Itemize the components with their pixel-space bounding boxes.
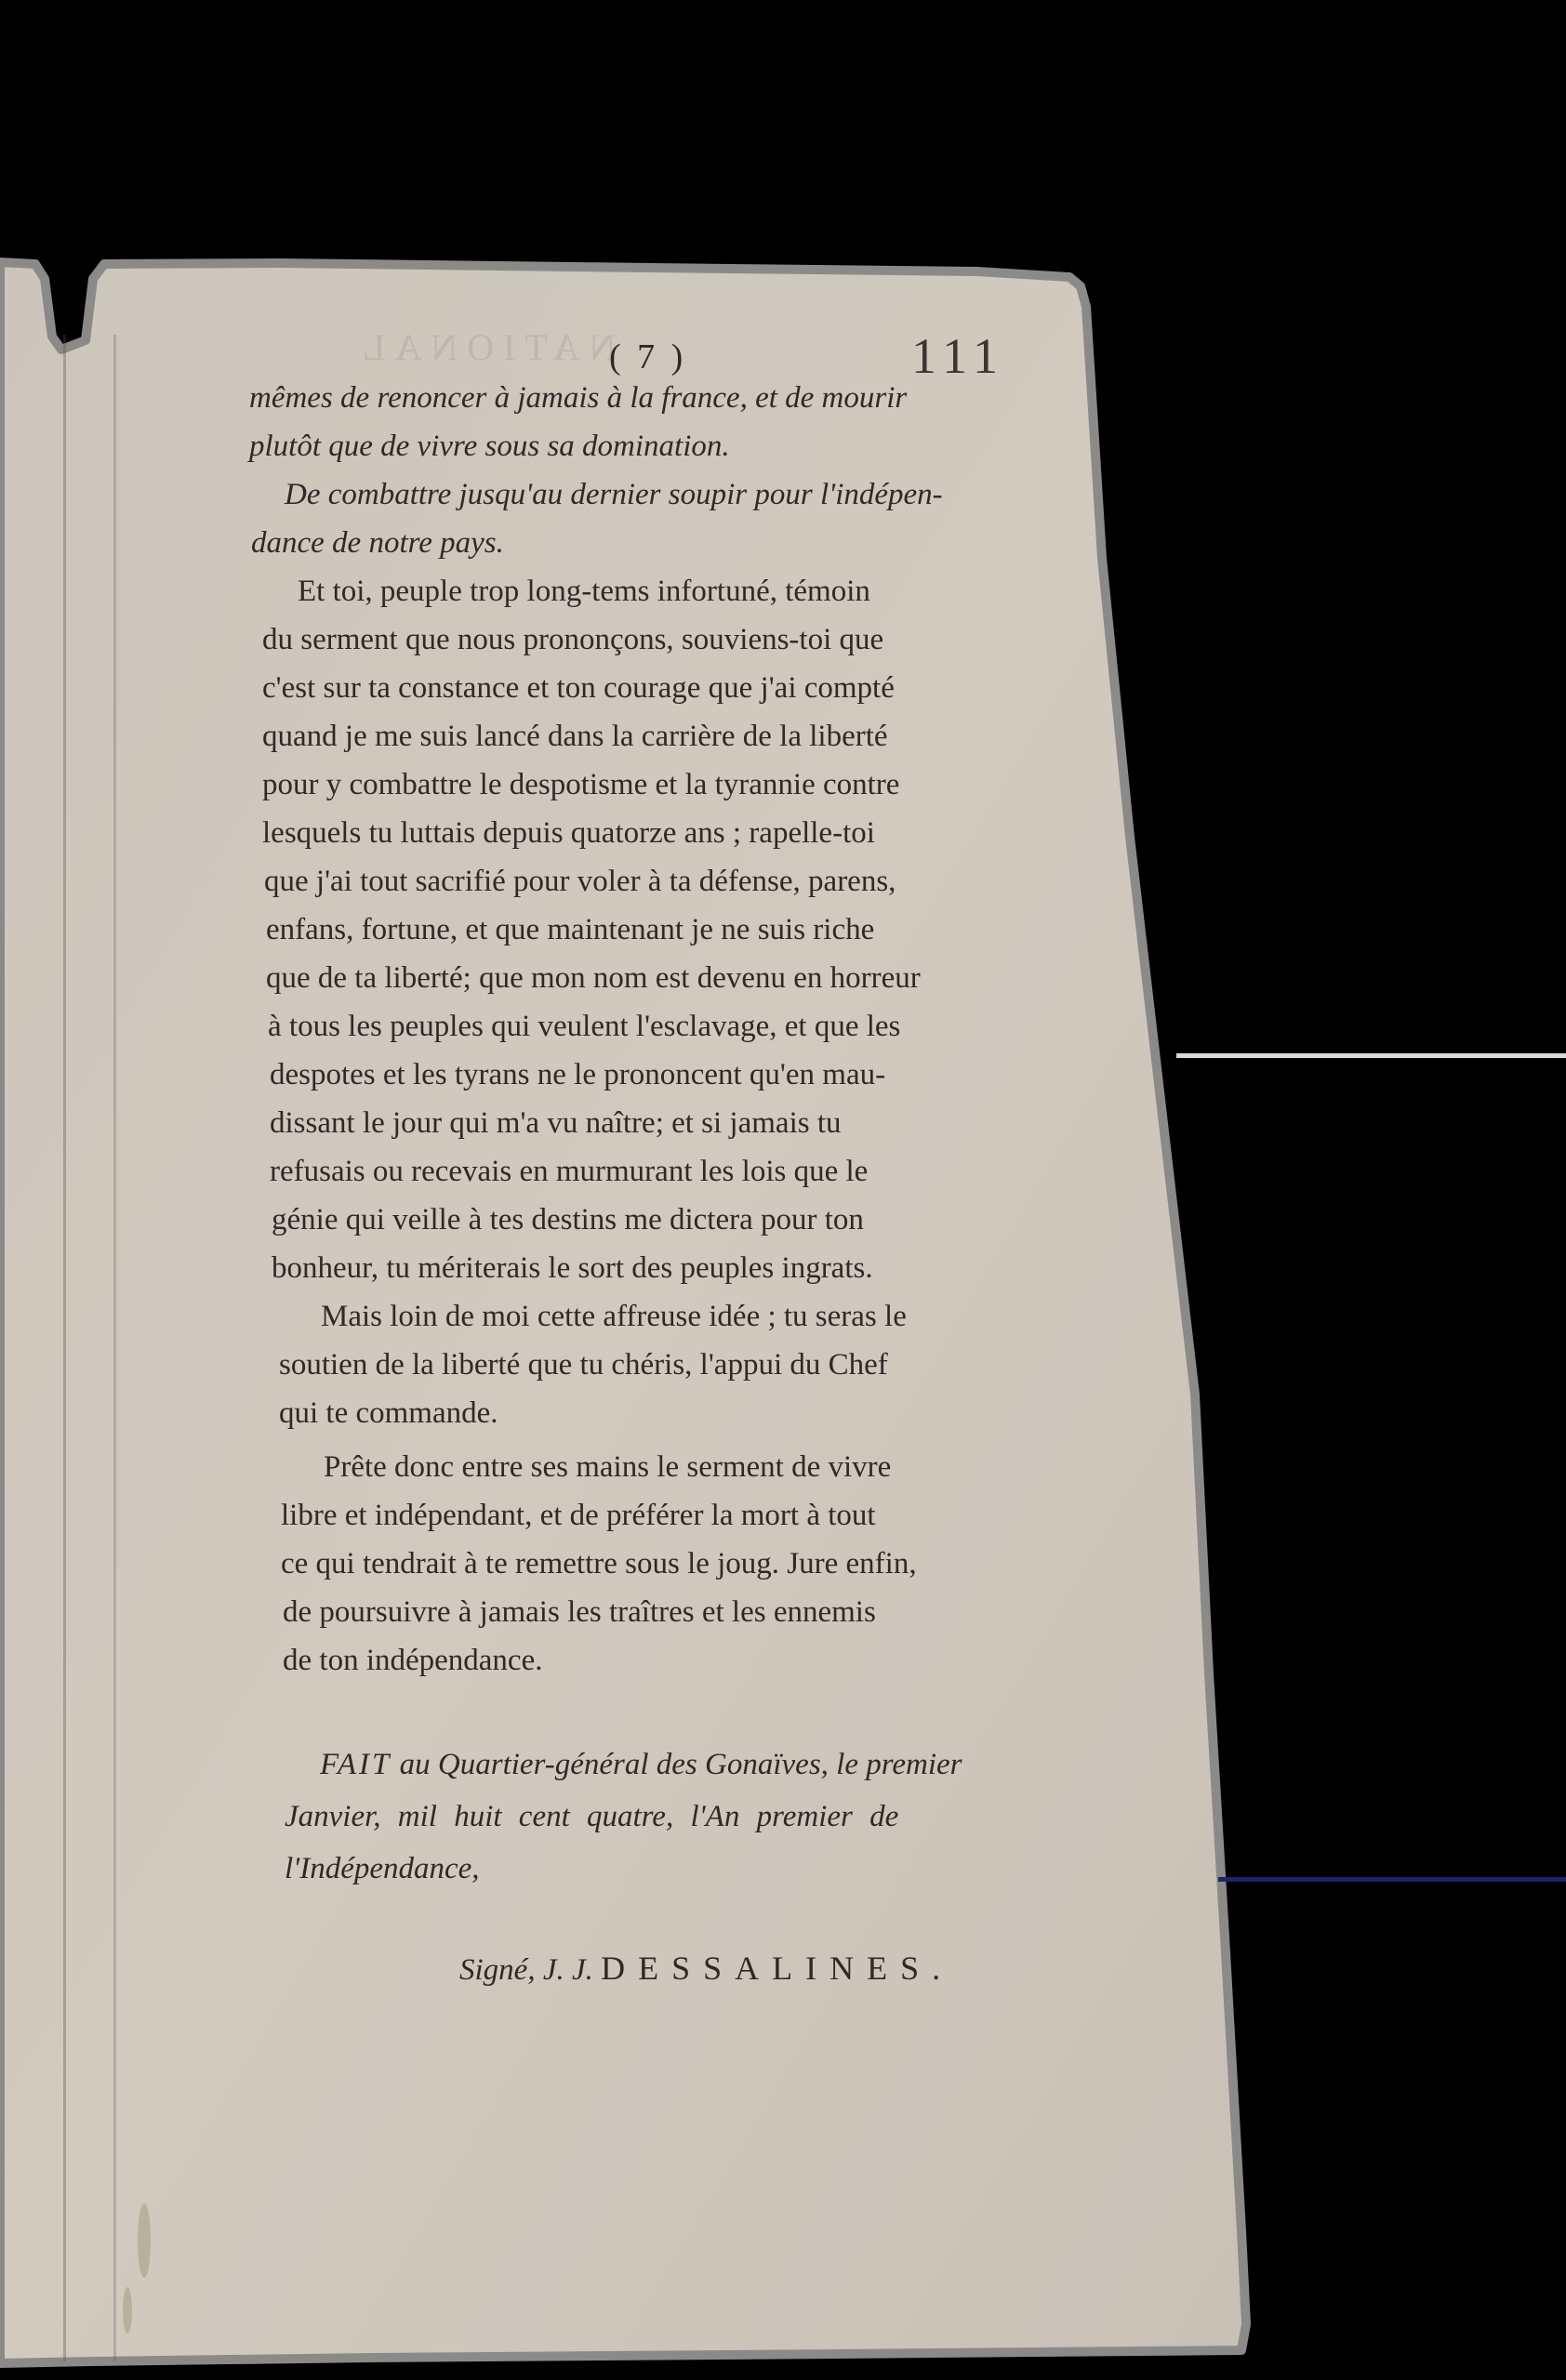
- document-photo: NATIONAL ( 7 ) 111 mêmes de renoncer à j…: [0, 0, 1566, 2380]
- background-rule-dark: [1218, 1877, 1566, 1882]
- handwritten-folio-mark: 111: [911, 327, 1005, 385]
- text-line: mêmes de renoncer à jamais à la france, …: [249, 381, 907, 416]
- paper-stain: [123, 2287, 132, 2334]
- text-line: dissant le jour qui m'a vu naître; et si…: [270, 1106, 842, 1141]
- text-line: qui te commande.: [279, 1396, 498, 1431]
- text-line: quand je me suis lancé dans la carrière …: [262, 720, 888, 754]
- paper-fold-line: [63, 335, 66, 2361]
- text-line: lesquels tu luttais depuis quatorze ans …: [262, 816, 875, 851]
- text-line: soutien de la liberté que tu chéris, l'a…: [279, 1348, 888, 1382]
- text-line: Mais loin de moi cette affreuse idée ; t…: [321, 1300, 907, 1334]
- closing-text: au Quartier-général des Gonaïves, le pre…: [391, 1748, 962, 1781]
- text-line: enfans, fortune, et que maintenant je ne…: [266, 913, 874, 947]
- signature-name: DESSALINES.: [601, 1950, 953, 1987]
- text-line: libre et indépendant, et de préférer la …: [281, 1499, 876, 1533]
- background-rule-light: [1176, 1053, 1566, 1058]
- text-line: ce qui tendrait à te remettre sous le jo…: [281, 1547, 917, 1581]
- paper-sheet: [0, 0, 1566, 2380]
- text-line: que j'ai tout sacrifié pour voler à ta d…: [264, 865, 896, 899]
- text-line: Prête donc entre ses mains le serment de…: [324, 1450, 891, 1485]
- text-line: plutôt que de vivre sous sa domination.: [249, 430, 730, 464]
- text-line: bonheur, tu mériterais le sort des peupl…: [272, 1251, 873, 1286]
- text-line: de ton indépendance.: [283, 1644, 542, 1678]
- text-line: De combattre jusqu'au dernier soupir pou…: [285, 478, 943, 512]
- text-line: de poursuivre à jamais les traîtres et l…: [283, 1595, 876, 1630]
- signature-prefix: Signé, J. J.: [459, 1953, 593, 1987]
- bleed-through-text: NATIONAL: [353, 325, 616, 369]
- paper-stain: [138, 2203, 151, 2278]
- closing-line: l'Indépendance,: [285, 1852, 480, 1886]
- text-line: que de ta liberté; que mon nom est deven…: [266, 961, 921, 996]
- closing-line: Janvier, mil huit cent quatre, l'An prem…: [285, 1800, 898, 1834]
- text-line: à tous les peuples qui veulent l'esclava…: [268, 1010, 900, 1044]
- signature: Signé, J. J. DESSALINES.: [459, 1949, 953, 1988]
- text-line: dance de notre pays.: [251, 526, 504, 561]
- page-number: ( 7 ): [609, 337, 686, 377]
- text-line: pour y combattre le despotisme et la tyr…: [262, 768, 899, 802]
- text-line: c'est sur ta constance et ton courage qu…: [262, 671, 895, 706]
- text-line: du serment que nous prononçons, souviens…: [262, 623, 883, 657]
- text-line: despotes et les tyrans ne le prononcent …: [270, 1058, 885, 1092]
- text-line: refusais ou recevais en murmurant les lo…: [270, 1155, 868, 1189]
- text-line: Et toi, peuple trop long-tems infortuné,…: [298, 575, 870, 609]
- closing-line: FAIT au Quartier-général des Gonaïves, l…: [320, 1748, 962, 1782]
- fait-label: FAIT: [320, 1748, 391, 1781]
- text-line: génie qui veille à tes destins me dicter…: [272, 1203, 864, 1237]
- paper-fold-line: [113, 335, 116, 2361]
